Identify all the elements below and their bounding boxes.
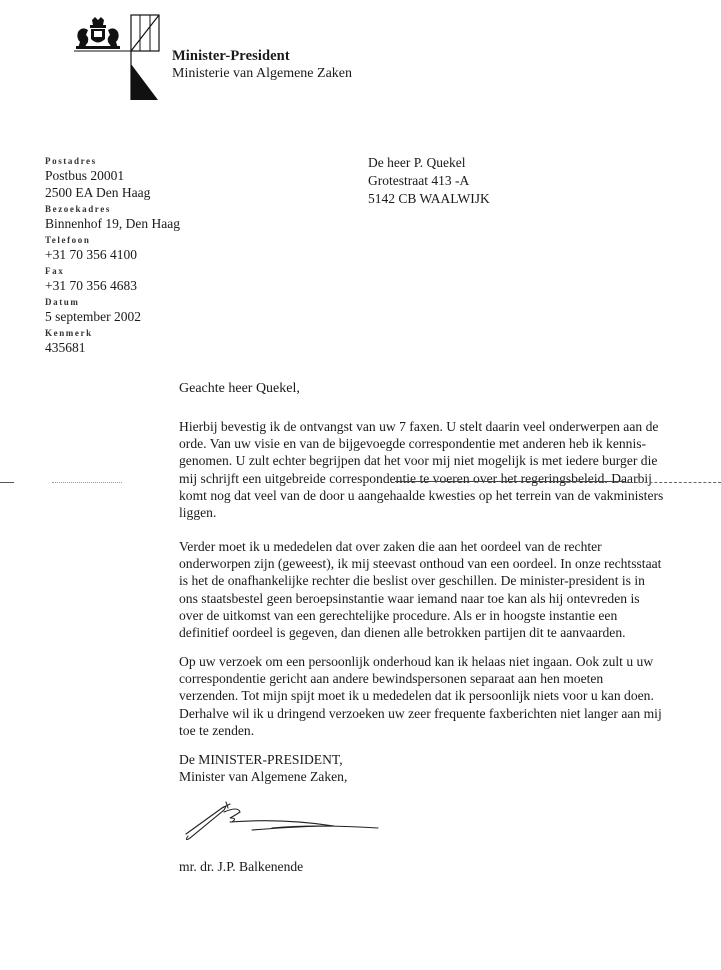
p2-line: onderworpen zijn (geweest), ik mij steev… xyxy=(179,555,679,572)
fax-artifact-dots xyxy=(52,482,122,483)
p3-line: Derhalve wil ik u dringend verzoeken uw … xyxy=(179,705,679,722)
datum-label: Datum xyxy=(45,297,215,308)
recipient-name: De heer P. Quekel xyxy=(368,154,490,172)
datum-value: 5 september 2002 xyxy=(45,308,215,325)
signature-icon xyxy=(182,800,382,850)
p3-line: verzenden. Tot mijn spijt moet ik u mede… xyxy=(179,687,679,704)
p1-line: mij schrijft een uitgebreide corresponde… xyxy=(179,470,679,487)
closing-subtitle: Minister van Algemene Zaken, xyxy=(179,768,347,785)
bezoekadres-label: Bezoekadres xyxy=(45,204,215,215)
recipient-city: 5142 CB WAALWIJK xyxy=(368,190,490,208)
postadres-line2: 2500 EA Den Haag xyxy=(45,184,215,201)
telefoon-label: Telefoon xyxy=(45,235,215,246)
p3-line: correspondentie gericht aan andere bewin… xyxy=(179,670,679,687)
closing-title: De MINISTER-PRESIDENT, xyxy=(179,751,347,768)
fax-scan-line xyxy=(395,481,625,482)
p2-line: definitief oordeel is gegeven, dan diene… xyxy=(179,624,679,641)
coat-of-arms-icon xyxy=(74,14,164,104)
letterhead-logo xyxy=(74,14,164,104)
p1-line: komt nog dat veel van de door u aangehaa… xyxy=(179,487,679,504)
p1-line: orde. Van uw visie en van de bijgevoegde… xyxy=(179,435,679,452)
sender-details: Postadres Postbus 20001 2500 EA Den Haag… xyxy=(45,156,215,356)
recipient-address: De heer P. Quekel Grotestraat 413 -A 514… xyxy=(368,154,490,208)
fax-label: Fax xyxy=(45,266,215,277)
telefoon-value: +31 70 356 4100 xyxy=(45,246,215,263)
p3-line: toe te zenden. xyxy=(179,722,679,739)
kenmerk-label: Kenmerk xyxy=(45,328,215,339)
fax-overstruck-text: mij schrijft een uitgebreide corresponde… xyxy=(179,471,608,486)
p1-line: genomen. U zult echter begrijpen dat het… xyxy=(179,452,679,469)
signer-name: mr. dr. J.P. Balkenende xyxy=(179,859,303,875)
kenmerk-value: 435681 xyxy=(45,339,215,356)
p1-line-tail: Daarbij xyxy=(608,471,652,486)
p1-line: liggen. xyxy=(179,504,679,521)
salutation: Geachte heer Quekel, xyxy=(179,381,300,397)
fax-artifact-dashes xyxy=(625,482,721,483)
postadres-label: Postadres xyxy=(45,156,215,167)
p2-line: Verder moet ik u mededelen dat over zake… xyxy=(179,538,679,555)
closing: De MINISTER-PRESIDENT, Minister van Alge… xyxy=(179,751,347,785)
letterhead-title: Minister-President xyxy=(172,48,290,65)
fax-artifact-line xyxy=(0,482,14,483)
paragraph-1: Hierbij bevestig ik de ontvangst van uw … xyxy=(179,418,679,521)
paragraph-2: Verder moet ik u mededelen dat over zake… xyxy=(179,538,679,641)
p1-line: Hierbij bevestig ik de ontvangst van uw … xyxy=(179,418,679,435)
bezoekadres-value: Binnenhof 19, Den Haag xyxy=(45,215,215,232)
p2-line: ons staatsbestel geen beroepsinstantie w… xyxy=(179,590,679,607)
postadres-line1: Postbus 20001 xyxy=(45,167,215,184)
signature xyxy=(182,800,382,850)
p3-line: Op uw verzoek om een persoonlijk onderho… xyxy=(179,653,679,670)
paragraph-3: Op uw verzoek om een persoonlijk onderho… xyxy=(179,653,679,739)
recipient-street: Grotestraat 413 -A xyxy=(368,172,490,190)
p2-line: is het de onafhankelijke rechter die bes… xyxy=(179,572,679,589)
letterhead-subtitle: Ministerie van Algemene Zaken xyxy=(172,66,352,82)
fax-value: +31 70 356 4683 xyxy=(45,277,215,294)
p2-line: over de uitkomst van een gerechtelijke p… xyxy=(179,607,679,624)
